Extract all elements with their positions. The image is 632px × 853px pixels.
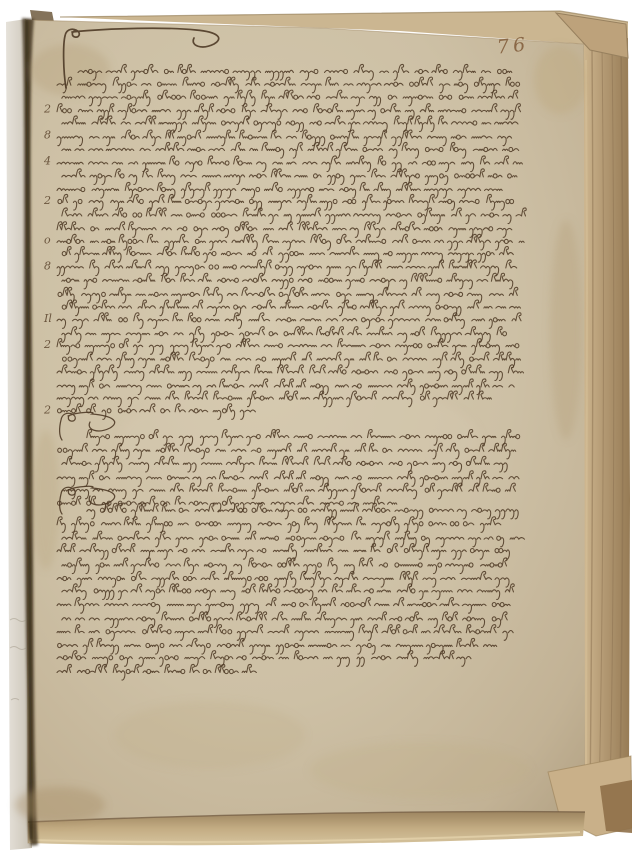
margin-marker: 2 [43, 404, 51, 417]
margin-marker: 4 [43, 155, 51, 168]
margin-marker: 2 [43, 194, 51, 207]
margin-marker: 8 [44, 260, 51, 273]
margin-marker: o [44, 233, 51, 246]
manuscript-photo: 2842o8Il22 76 [0, 0, 632, 853]
margin-marker: 2 [43, 102, 51, 115]
margin-marker: Il [43, 312, 52, 325]
manuscript-scan-canvas: 2842o8Il22 [0, 0, 632, 853]
margin-marker: 8 [44, 129, 51, 142]
margin-marker: 2 [43, 338, 51, 351]
